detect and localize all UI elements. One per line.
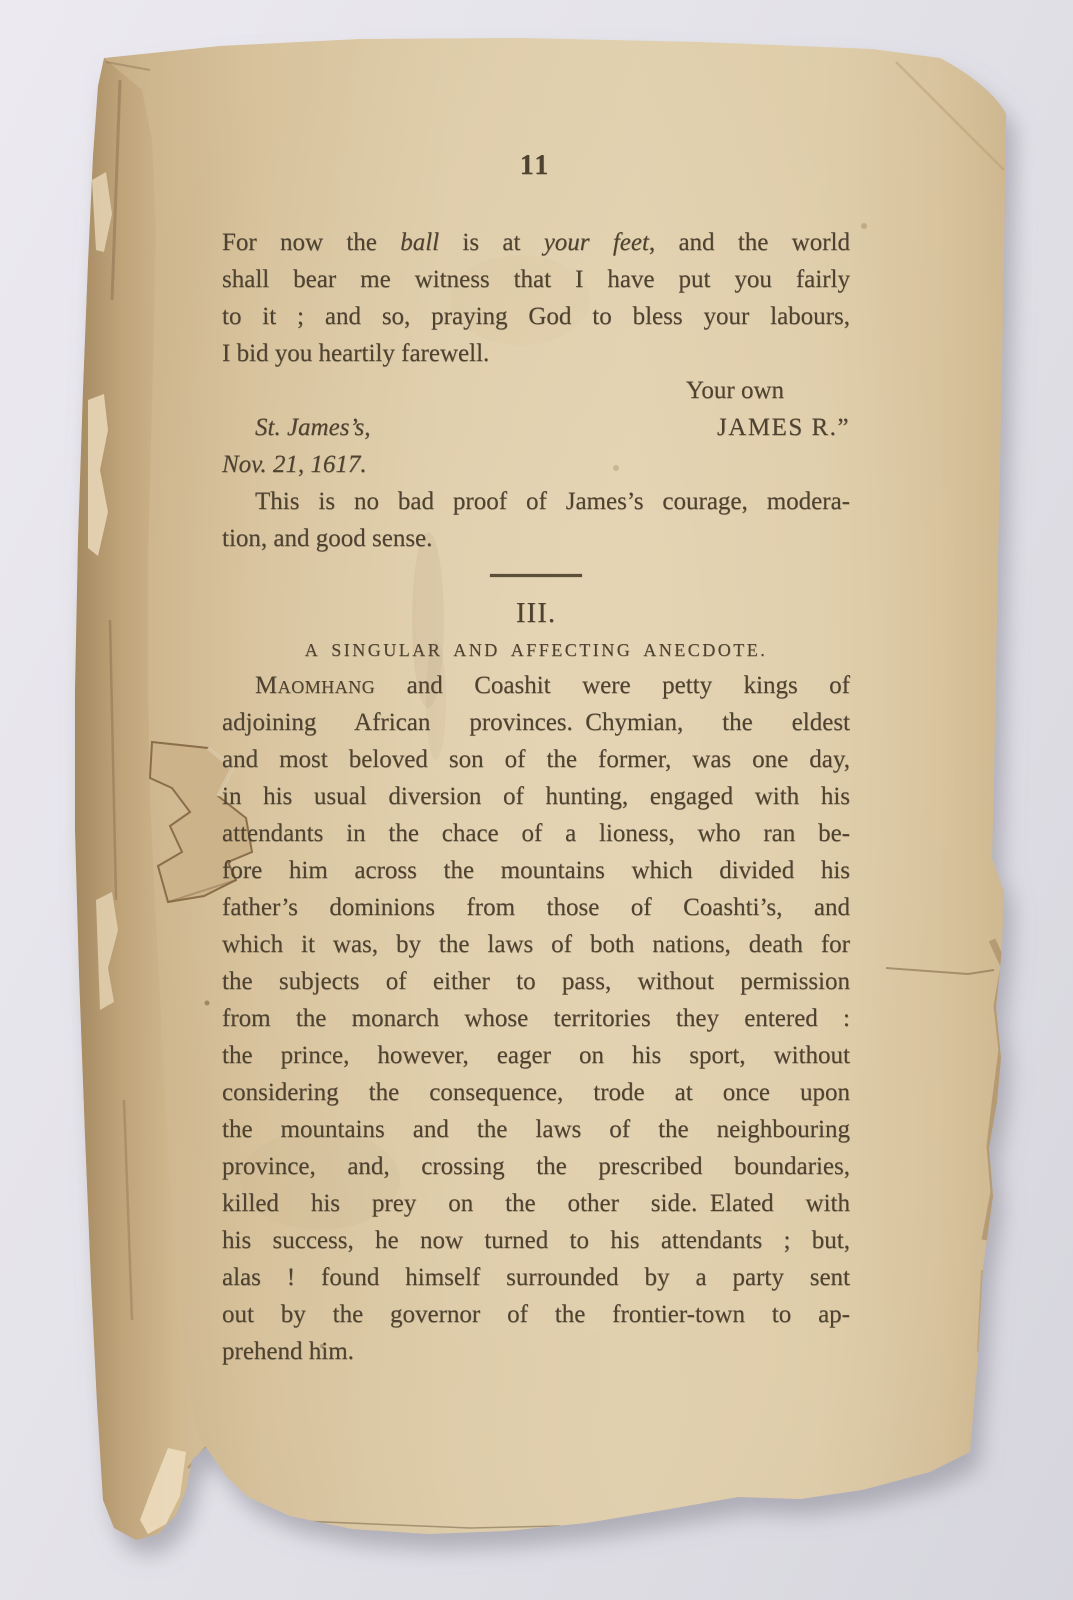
story-line: father’s dominions from those of Coashti… bbox=[222, 889, 850, 926]
story-line: which it was, by the laws of both nation… bbox=[222, 926, 850, 963]
letter-text-italic: ball bbox=[400, 229, 439, 256]
story-line: in his usual diversion of hunting, engag… bbox=[222, 778, 850, 815]
letter-line: shall bear me witness that I have put yo… bbox=[222, 261, 850, 298]
story-line: prehend him. bbox=[222, 1333, 850, 1370]
story-line: alas ! found himself surrounded by a par… bbox=[222, 1259, 850, 1296]
signature-row: St. James’s, JAMES R.” bbox=[222, 409, 850, 446]
section-number: III. bbox=[222, 593, 850, 633]
story-line: the subjects of either to pass, without … bbox=[222, 963, 850, 1000]
story-line: out by the governor of the frontier-town… bbox=[222, 1296, 850, 1333]
section-divider bbox=[222, 557, 850, 593]
letter-closing: Your own bbox=[222, 372, 850, 409]
divider-rule bbox=[490, 574, 582, 577]
story-line: province, and, crossing the prescribed b… bbox=[222, 1148, 850, 1185]
section-heading: A SINGULAR AND AFFECTING ANECDOTE. bbox=[222, 633, 850, 667]
story-line: the mountains and the laws of the neighb… bbox=[222, 1111, 850, 1148]
story-line: and most beloved son of the former, was … bbox=[222, 741, 850, 778]
story-smallcaps-name: Maomhang bbox=[255, 672, 375, 699]
comment-paragraph: This is no bad proof of James’s courage,… bbox=[222, 483, 850, 557]
letter-line: to it ; and so, praying God to bless you… bbox=[222, 298, 850, 335]
comment-line: This is no bad proof of James’s courage,… bbox=[222, 483, 850, 520]
story-line: considering the consequence, trode at on… bbox=[222, 1074, 850, 1111]
letter-text: , and the world bbox=[649, 229, 850, 256]
story-line: his success, he now turned to his attend… bbox=[222, 1222, 850, 1259]
letter-signature: JAMES R.” bbox=[717, 409, 850, 446]
letter-text: For now the bbox=[222, 229, 400, 256]
letter-place: St. James’s, bbox=[255, 409, 371, 446]
page-text-column: For now the ball is at your feet, and th… bbox=[222, 224, 850, 1370]
letter-line: For now the ball is at your feet, and th… bbox=[222, 224, 850, 261]
letter-paragraph: For now the ball is at your feet, and th… bbox=[222, 224, 850, 372]
letter-line: I bid you heartily farewell. bbox=[222, 335, 850, 372]
story-paragraph: Maomhang and Coashit were petty kings of… bbox=[222, 667, 850, 1370]
story-line: adjoining African provinces. Chymian, th… bbox=[222, 704, 850, 741]
story-text: and Coashit were petty kings of bbox=[375, 672, 850, 699]
story-line: attendants in the chace of a lioness, wh… bbox=[222, 815, 850, 852]
letter-text: is at bbox=[439, 229, 544, 256]
photo-backdrop: 11 For now the ball is at your feet, and… bbox=[0, 0, 1073, 1600]
comment-line: tion, and good sense. bbox=[222, 520, 850, 557]
letter-text-italic: your feet bbox=[544, 229, 649, 256]
story-line: fore him across the mountains which divi… bbox=[222, 852, 850, 889]
story-line: killed his prey on the other side. Elate… bbox=[222, 1185, 850, 1222]
story-line: Maomhang and Coashit were petty kings of bbox=[222, 667, 850, 704]
story-line: the prince, however, eager on his sport,… bbox=[222, 1037, 850, 1074]
story-line: from the monarch whose territories they … bbox=[222, 1000, 850, 1037]
page-number: 11 bbox=[460, 150, 610, 182]
letter-date: Nov. 21, 1617. bbox=[222, 446, 850, 483]
